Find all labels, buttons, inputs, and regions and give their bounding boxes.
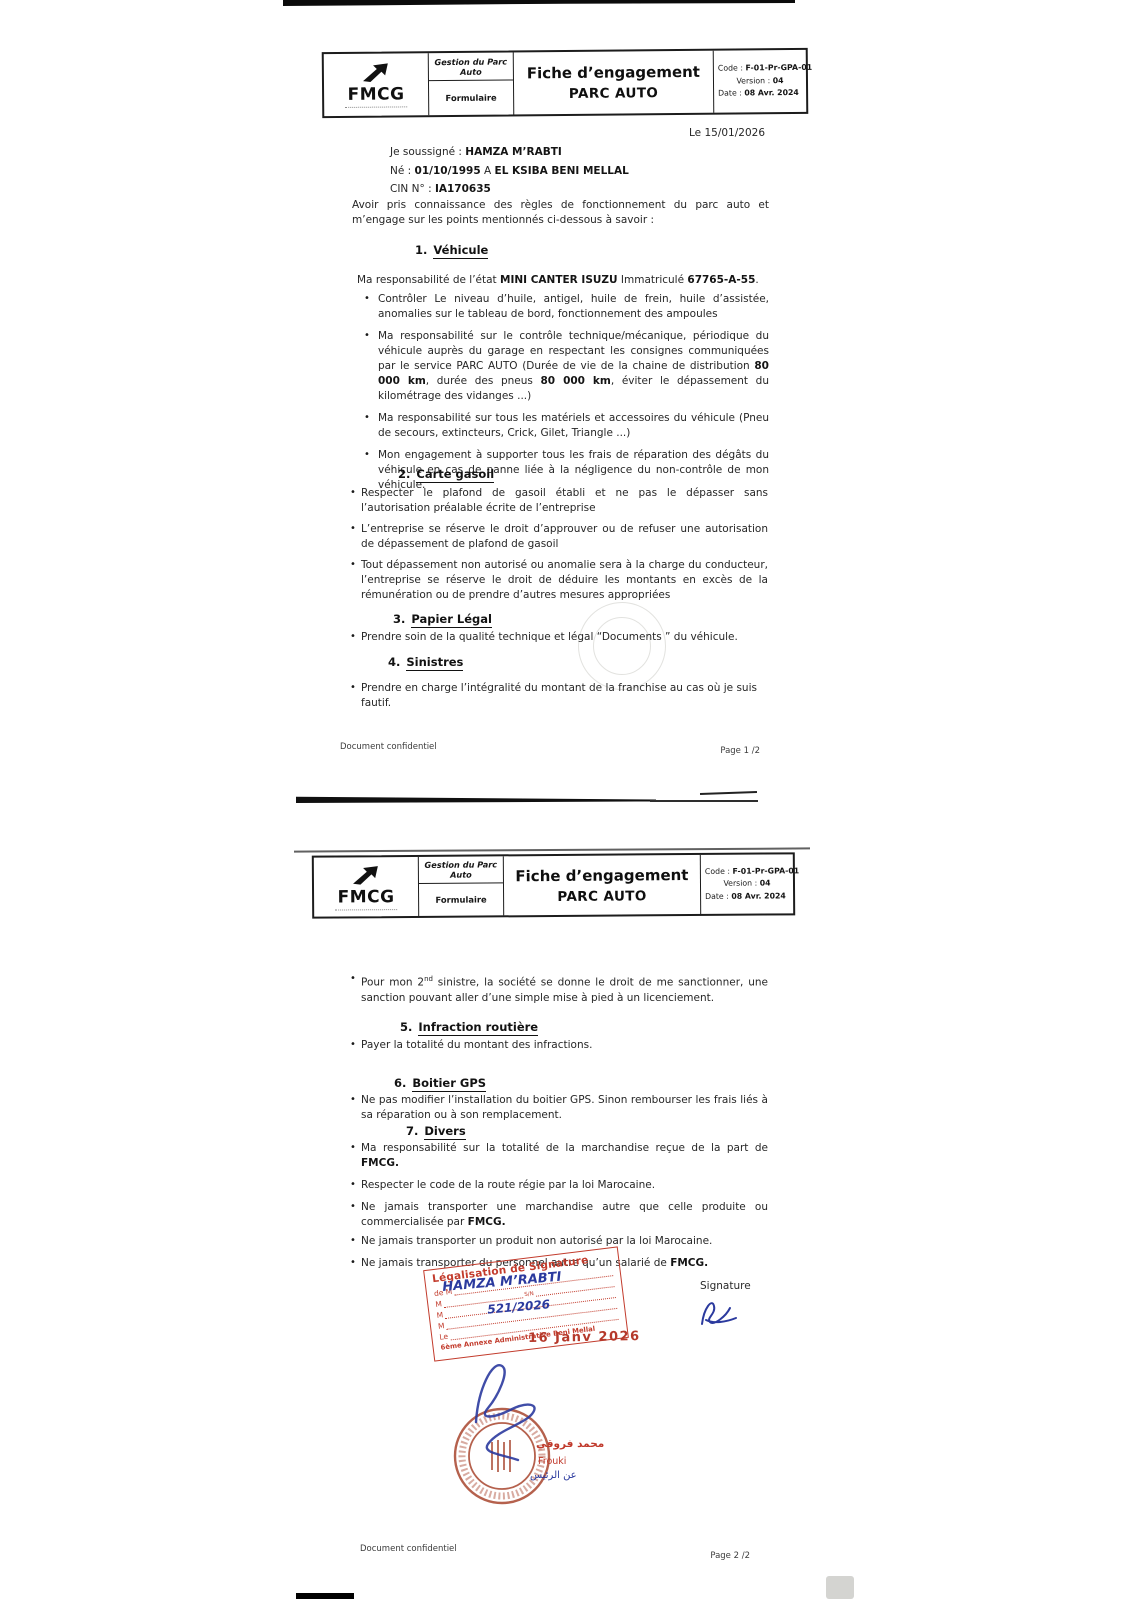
section-5-heading: 5.Infraction routière [400, 1020, 538, 1034]
bullet-item: Ma responsabilité sur la totalité de la … [350, 1141, 768, 1171]
stamp-name-latin: Frouki [538, 1456, 566, 1467]
section-5-bullets: Payer la totalité du montant des infract… [350, 1038, 768, 1059]
bullet-item: Contrôler Le niveau d’huile, antigel, hu… [361, 292, 769, 322]
header-formtype-label: Formulaire [429, 81, 513, 116]
scan-edge-middle [296, 796, 656, 803]
bullet-item: Ne pas modifier l’installation du boitie… [350, 1093, 768, 1123]
bullet-item: Tout dépassement non autorisé ou anomali… [350, 558, 768, 603]
page2-doc-header: FMCG Gestion du Parc Auto Formulaire Fic… [312, 852, 795, 918]
doc-title: Fiche d’engagement [527, 63, 700, 83]
identity-cin-line: CIN N° : IA170635 [390, 180, 629, 199]
stamp-role-arabic: عن الرئيس [530, 1470, 577, 1481]
fmcg-logo: FMCG [324, 53, 429, 116]
scan-edge-top [283, 0, 795, 6]
header-dept-label: Gestion du Parc Auto [429, 52, 513, 81]
intro-paragraph: Avoir pris connaissance des règles de fo… [352, 198, 769, 228]
header-title-cell: Fiche d’engagement PARC AUTO [503, 855, 700, 915]
section-4-bullets: Prendre en charge l’intégralité du monta… [350, 681, 768, 717]
page2-footer-right: Page 2 /2 [672, 1551, 750, 1561]
section-2-heading: 2.Carte gasoil [398, 467, 494, 481]
fmcg-logo-wordmark: FMCG [338, 889, 395, 906]
stamp-name-arabic: محمد فروقي [536, 1438, 604, 1450]
page1-footer-right: Page 1 /2 [682, 746, 760, 756]
page2-intro-bullets: Pour mon 2nd sinistre, la société se don… [350, 972, 768, 1012]
doc-code-line: Code : F-01-Pr-GPA-01 [718, 62, 802, 75]
bullet-item: Ne jamais transporter une marchandise au… [350, 1200, 768, 1230]
section-3-heading: 3.Papier Légal [393, 612, 492, 626]
bullet-item: Respecter le plafond de gasoil établi et… [350, 486, 768, 516]
notary-signature-scribble-icon [448, 1352, 578, 1472]
date-stamp: 16 Janv 2026 [528, 1329, 641, 1346]
bullet-item: L’entreprise se réserve le droit d’appro… [350, 522, 768, 552]
bullet-item: Prendre soin de la qualité technique et … [350, 630, 768, 645]
identity-birth-line: Né : 01/10/1995 A EL KSIBA BENI MELLAL [390, 162, 629, 181]
fmcg-logo-arrow-icon [359, 62, 393, 86]
bullet-item: Respecter le code de la route régie par … [350, 1178, 768, 1193]
scan-edge-middle-segment [700, 791, 757, 795]
header-dept-cell: Gestion du Parc Auto Formulaire [418, 856, 503, 916]
page1-footer-left: Document confidentiel [340, 742, 437, 752]
fmcg-logo-tagline [335, 909, 397, 910]
page1-doc-header: FMCG Gestion du Parc Auto Formulaire Fic… [322, 48, 809, 118]
document-scan: FMCG Gestion du Parc Auto Formulaire Fic… [0, 0, 1131, 1599]
fmcg-logo-arrow-icon [349, 864, 383, 888]
header-dept-cell: Gestion du Parc Auto Formulaire [428, 52, 514, 115]
doc-date-line: Date : 08 Avr. 2024 [718, 87, 802, 100]
scan-smudge [826, 1576, 854, 1599]
section-1-heading: 1.Véhicule [415, 243, 488, 257]
scan-edge-middle-tail [650, 800, 758, 802]
identity-block: Je soussigné : HAMZA M’RABTI Né : 01/10/… [390, 143, 629, 199]
signature-label: Signature [700, 1280, 751, 1292]
fmcg-logo-wordmark: FMCG [348, 86, 405, 103]
header-dept-label: Gestion du Parc Auto [419, 856, 503, 883]
bullet-item: Ma responsabilité sur tous les matériels… [361, 411, 769, 441]
header-formtype-label: Formulaire [419, 883, 503, 916]
fmcg-logo: FMCG [314, 857, 418, 917]
header-code-cell: Code : F-01-Pr-GPA-01 Version : 04 Date … [700, 854, 793, 914]
doc-title: Fiche d’engagement [515, 866, 688, 885]
bullet-item: Payer la totalité du montant des infract… [350, 1038, 768, 1053]
section-4-heading: 4.Sinistres [388, 655, 463, 669]
doc-version-line: Version : 04 [718, 75, 802, 88]
header-code-cell: Code : F-01-Pr-GPA-01 Version : 04 Date … [713, 50, 807, 113]
section-1-lead: Ma responsabilité de l’état MINI CANTER … [357, 273, 769, 288]
header-title-cell: Fiche d’engagement PARC AUTO [513, 51, 714, 115]
doc-date-line: Date : 08 Avr. 2024 [705, 890, 789, 903]
bullet-item: Ne jamais transporter un produit non aut… [350, 1234, 768, 1249]
section-6-heading: 6.Boitier GPS [394, 1076, 486, 1090]
letter-date: Le 15/01/2026 [560, 126, 765, 141]
page2-footer-left: Document confidentiel [360, 1544, 457, 1554]
identity-name-line: Je soussigné : HAMZA M’RABTI [390, 143, 629, 162]
bullet-item: Prendre en charge l’intégralité du monta… [350, 681, 768, 711]
doc-version-line: Version : 04 [705, 878, 789, 891]
doc-subtitle: PARC AUTO [557, 888, 647, 905]
section-2-bullets: Respecter le plafond de gasoil établi et… [350, 486, 768, 609]
scan-edge-bottom [296, 1593, 354, 1599]
bullet-item: Ma responsabilité sur le contrôle techni… [361, 329, 769, 404]
signature-scribble-icon [696, 1294, 744, 1332]
doc-code-line: Code : F-01-Pr-GPA-01 [705, 865, 789, 878]
doc-subtitle: PARC AUTO [569, 85, 659, 102]
bullet-item: Pour mon 2nd sinistre, la société se don… [350, 972, 768, 1006]
section-7-heading: 7.Divers [406, 1124, 466, 1138]
fmcg-logo-tagline [345, 106, 407, 108]
section-3-bullets: Prendre soin de la qualité technique et … [350, 630, 768, 651]
